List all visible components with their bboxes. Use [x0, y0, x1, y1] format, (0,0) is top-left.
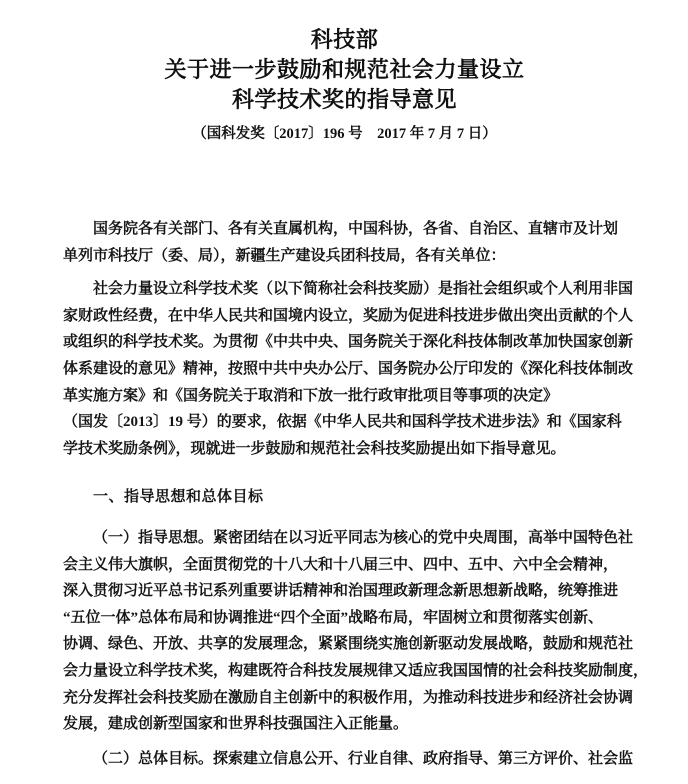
body-line: 学技术奖励条例》，现就进一步鼓励和规范社会科技奖励提出如下指导意见。 [63, 436, 626, 463]
body-line: 会力量设立科学技术奖，构建既符合科技发展规律又适应我国国情的社会科技奖励制度， [63, 658, 626, 685]
body-line: （一）指导思想。紧密团结在以习近平同志为核心的党中央周围，高举中国特色社 [63, 525, 626, 552]
body-line: 深入贯彻习近平总书记系列重要讲话精神和治国理政新理念新思想新战略，统筹推进 [63, 578, 626, 605]
body-line: 国务院各有关部门、各有关直属机构，中国科协，各省、自治区、直辖市及计划 [63, 216, 626, 243]
body-line: 单列市科技厅（委、局），新疆生产建设兵团科技局，各有关单位： [63, 243, 626, 270]
body-line: 发展，建成创新型国家和世界科技强国注入正能量。 [63, 711, 626, 738]
body-line: 或组织的科学技术奖。为贯彻《中共中央、国务院关于深化科技体制改革加快国家创新 [63, 329, 626, 356]
document-title-line-3: 科学技术奖的指导意见 [63, 85, 626, 115]
body-line: 协调、绿色、开放、共享的发展理念，紧紧围绕实施创新驱动发展战略，鼓励和规范社 [63, 631, 626, 658]
body-line: 社会力量设立科学技术奖（以下简称社会科技奖励）是指社会组织或个人利用非国 [63, 276, 626, 303]
document-title-line-2: 关于进一步鼓励和规范社会力量设立 [63, 55, 626, 85]
document-body: 国务院各有关部门、各有关直属机构，中国科协，各省、自治区、直辖市及计划 单列市科… [63, 216, 626, 772]
body-line: （二）总体目标。探索建立信息公开、行业自律、政府指导、第三方评价、社会监 [63, 746, 626, 773]
body-line: （国发〔2013〕19 号）的要求，依据《中华人民共和国科学技术进步法》和《国家… [63, 409, 626, 436]
document-number: （国科发奖〔2017〕196 号 2017 年 7 月 7 日） [63, 123, 626, 145]
document-title-line-1: 科技部 [63, 25, 626, 55]
body-line: “五位一体”总体布局和协调推进“四个全面”战略布局，牢固树立和贯彻落实创新、 [63, 605, 626, 632]
document-page: 科技部 关于进一步鼓励和规范社会力量设立 科学技术奖的指导意见 （国科发奖〔20… [0, 0, 688, 784]
section-heading: 一、指导思想和总体目标 [63, 484, 626, 511]
body-line: 家财政性经费，在中华人民共和国境内设立，奖励为促进科技进步做出突出贡献的个人 [63, 303, 626, 330]
body-line: 充分发挥社会科技奖励在激励自主创新中的积极作用，为推动科技进步和经济社会协调 [63, 685, 626, 712]
document-title: 科技部 关于进一步鼓励和规范社会力量设立 科学技术奖的指导意见 [63, 25, 626, 115]
body-line: 会主义伟大旗帜，全面贯彻党的十八大和十八届三中、四中、五中、六中全会精神， [63, 552, 626, 579]
body-line: 体系建设的意见》精神，按照中共中央办公厅、国务院办公厅印发的《深化科技体制改 [63, 356, 626, 383]
body-line: 革实施方案》和《国务院关于取消和下放一批行政审批项目等事项的决定》 [63, 383, 626, 410]
